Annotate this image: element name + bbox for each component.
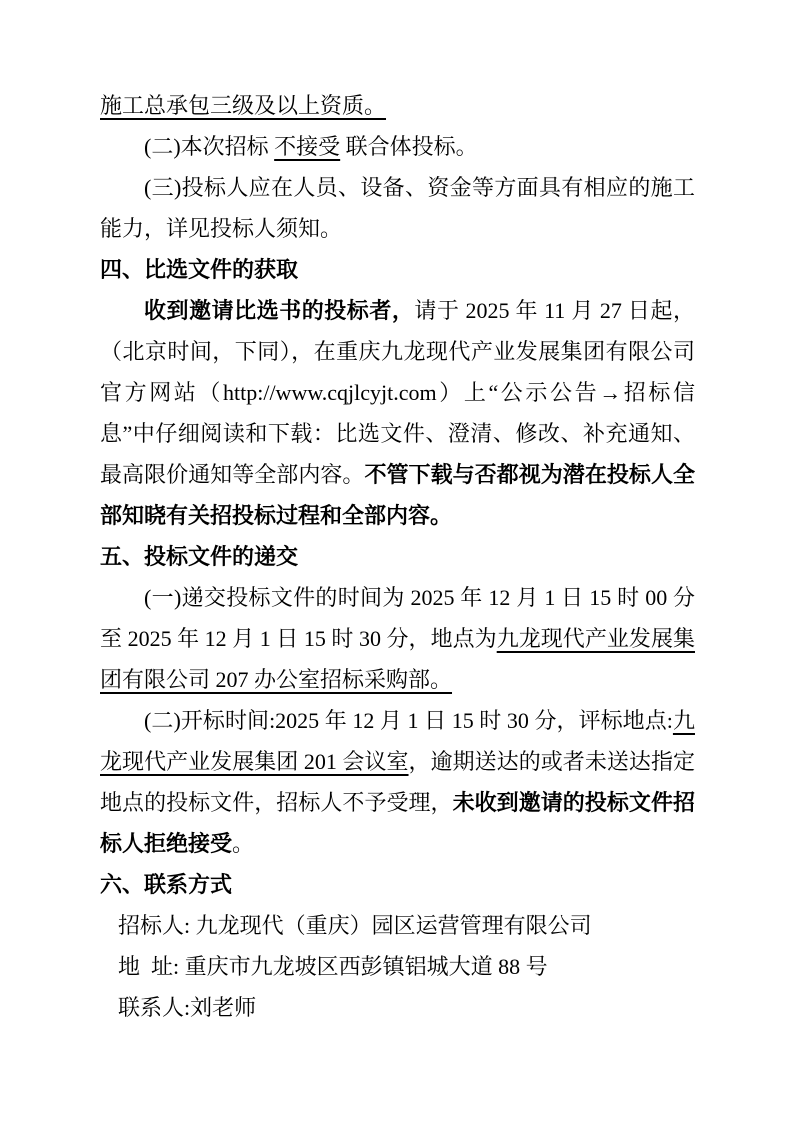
capability-clause: (三)投标人应在人员、设备、资金等方面具有相应的施工能力，详见投标人须知。 xyxy=(100,167,695,249)
document-obtain-paragraph: 收到邀请比选书的投标者，请于 2025 年 11 月 27 日起，（北京时间，下… xyxy=(100,290,695,536)
bid-opening-paragraph: (二)开标时间:2025 年 12 月 1 日 15 时 30 分，评标地点:九… xyxy=(100,700,695,864)
obtain-body-text: 请于 2025 年 11 月 27 日起，（北京时间，下同），在重庆九龙现代产业… xyxy=(100,298,695,487)
qualification-underlined-text: 施工总承包三级及以上资质。 xyxy=(100,93,386,118)
section-6-heading: 六、联系方式 xyxy=(100,864,695,905)
opening-text-end: 。 xyxy=(232,831,254,856)
not-accepted-underlined-text: 不接受 xyxy=(274,134,340,159)
obtain-bold-lead-text: 收到邀请比选书的投标者， xyxy=(144,298,414,323)
consortium-text-pre: (二)本次招标 xyxy=(144,134,274,159)
submission-paragraph: (一)递交投标文件的时间为 2025 年 12 月 1 日 15 时 00 分至… xyxy=(100,577,695,700)
section-4-heading: 四、比选文件的获取 xyxy=(100,249,695,290)
qualification-continued-line: 施工总承包三级及以上资质。 xyxy=(100,85,695,126)
opening-text-pre: (二)开标时间:2025 年 12 月 1 日 15 时 30 分，评标地点: xyxy=(144,708,673,733)
tenderer-line: 招标人: 九龙现代（重庆）园区运营管理有限公司 xyxy=(100,905,695,946)
section-5-heading: 五、投标文件的递交 xyxy=(100,536,695,577)
document-page: 施工总承包三级及以上资质。 (二)本次招标 不接受 联合体投标。 (三)投标人应… xyxy=(0,0,793,1122)
address-line: 地 址: 重庆市九龙坡区西彭镇铝城大道 88 号 xyxy=(100,946,695,987)
contact-person-line: 联系人:刘老师 xyxy=(100,987,695,1028)
consortium-clause: (二)本次招标 不接受 联合体投标。 xyxy=(100,126,695,167)
consortium-text-post: 联合体投标。 xyxy=(340,134,478,159)
